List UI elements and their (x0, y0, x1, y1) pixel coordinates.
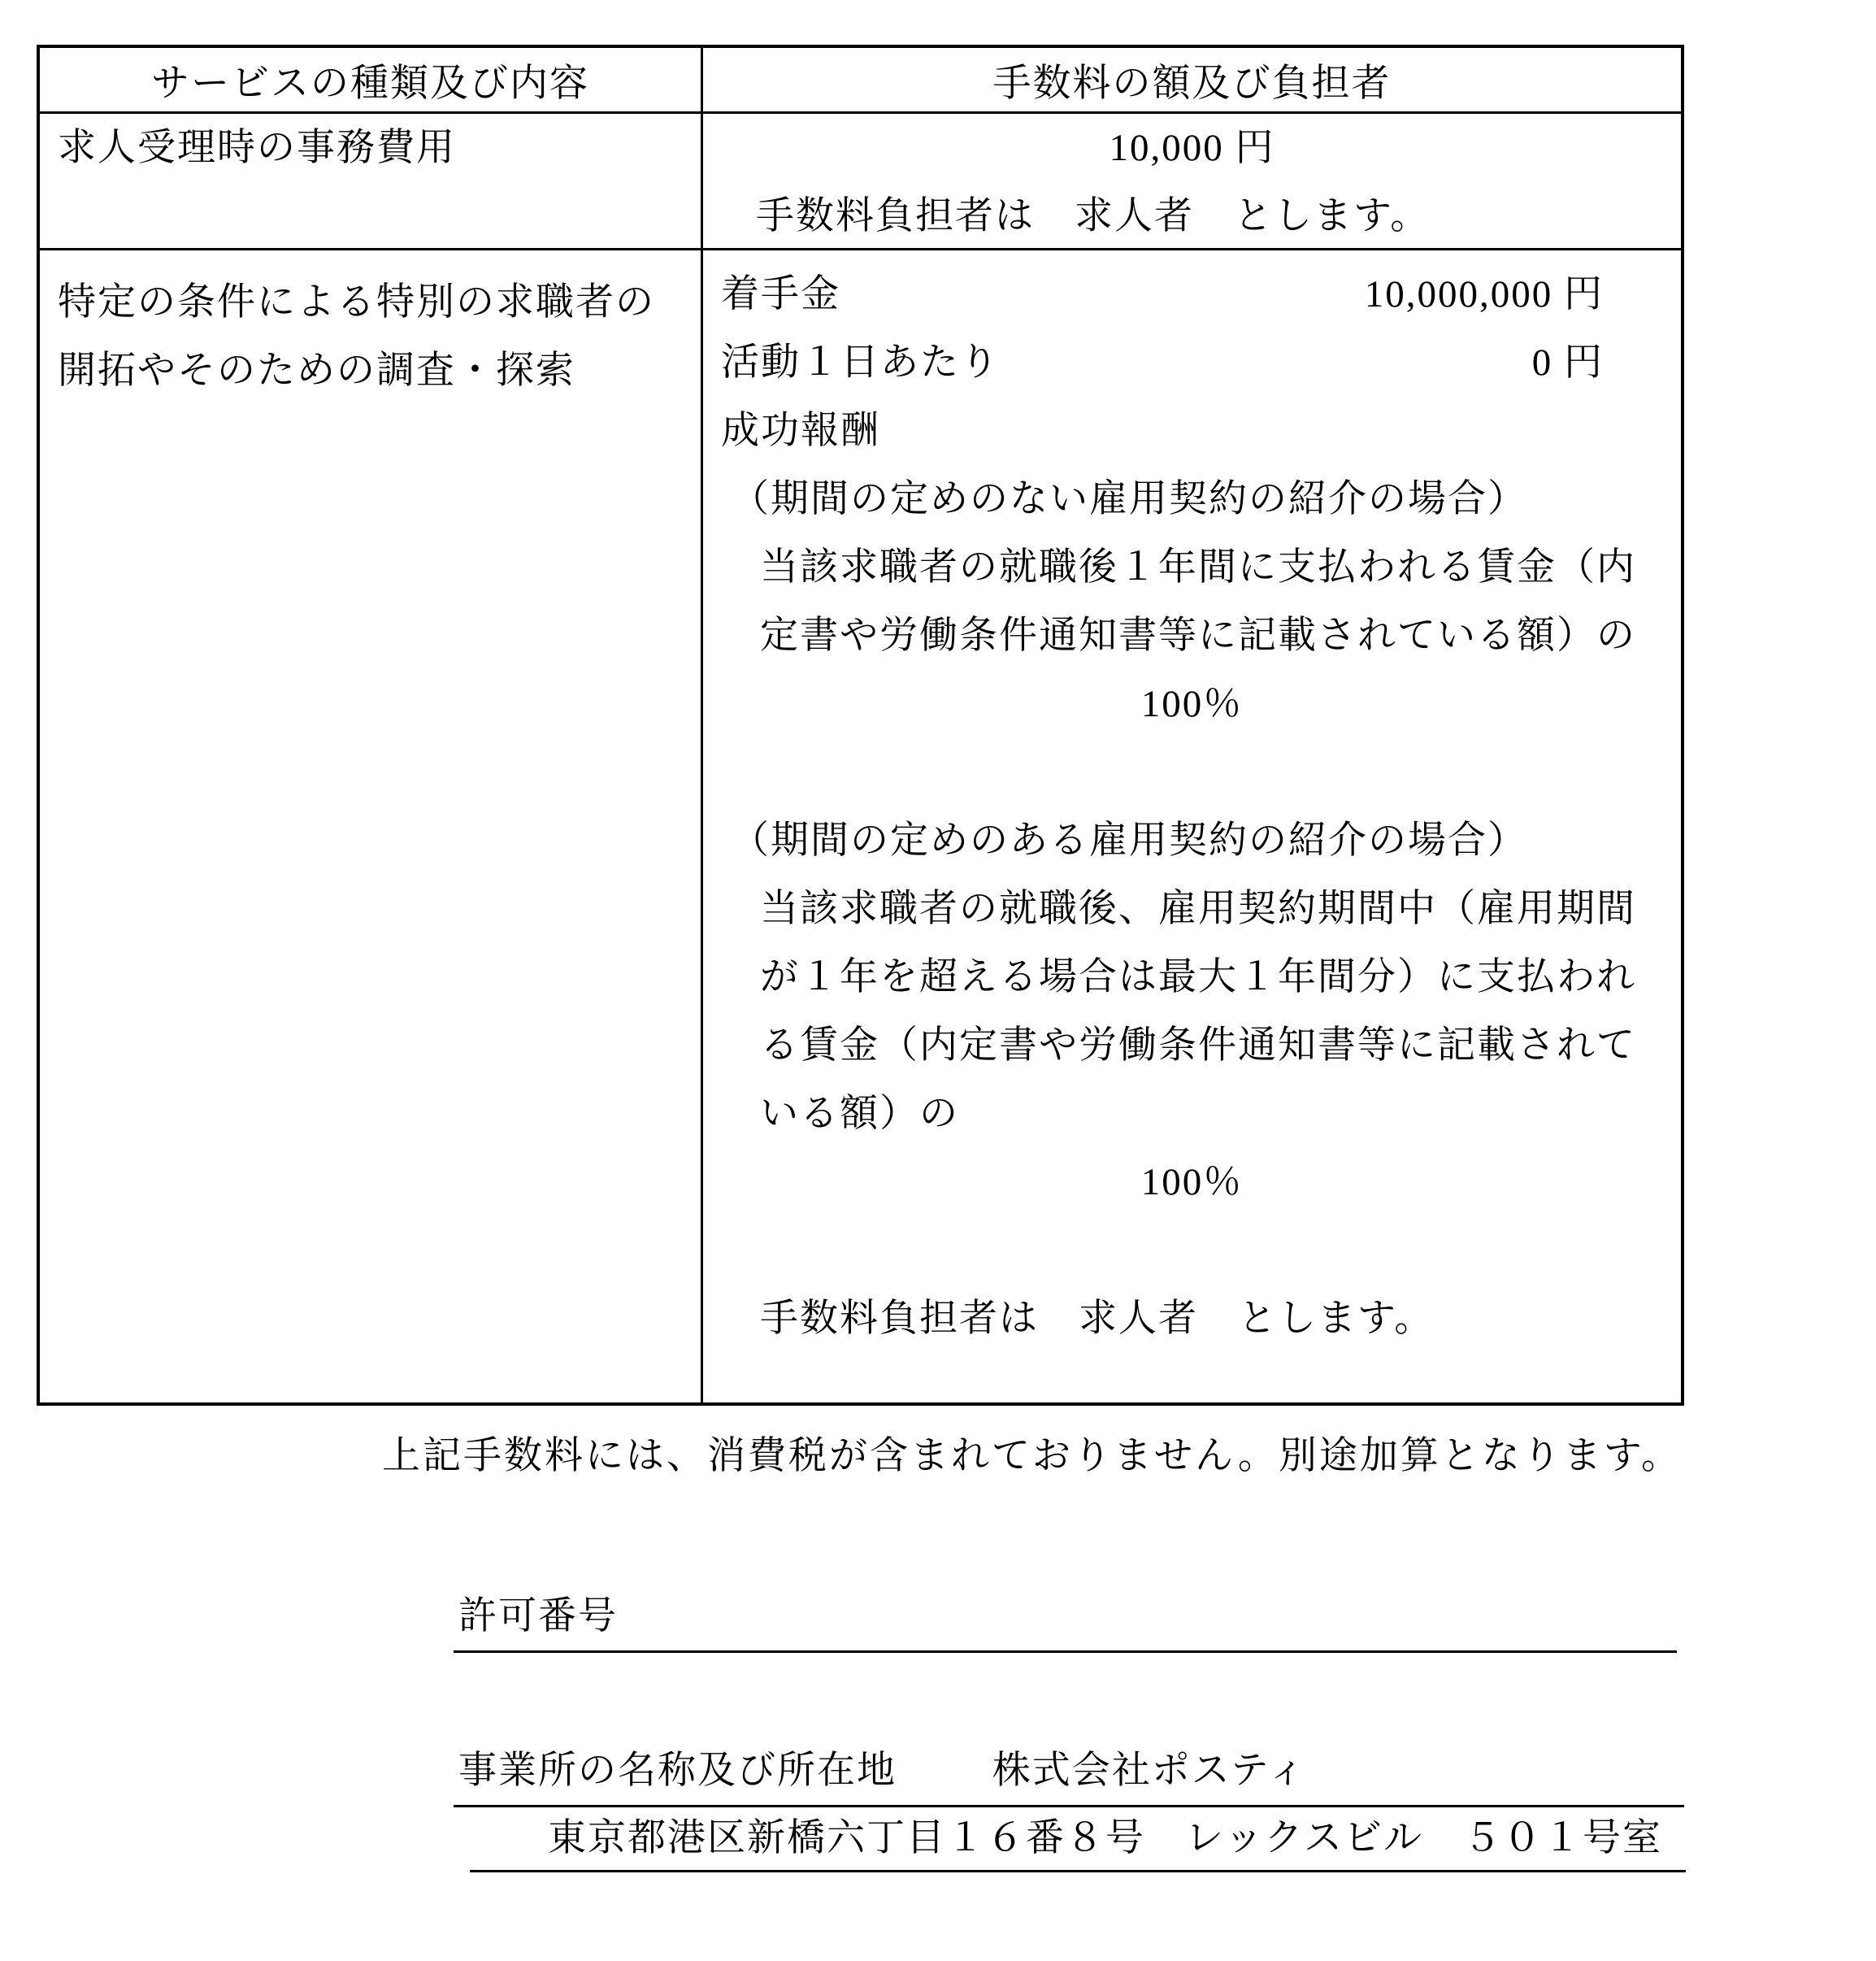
fee-line-blank (703, 738, 1681, 807)
fee-amount: 0 円 (1532, 328, 1604, 397)
fee-label: 着手金 (721, 260, 840, 328)
service-name-line: 特定の条件による特別の求職者の (58, 268, 701, 337)
tax-note: 上記手数料には、消費税が含まれておりません。別途加算となります。 (382, 1433, 1682, 1479)
table-row-special-search: 特定の条件による特別の求職者の 開拓やそのための調査・探索 着手金 10,000… (40, 250, 1681, 1402)
fee-line-blank (703, 1216, 1681, 1285)
header-fee-amount-payer: 手数料の額及び負担者 (703, 48, 1681, 111)
company-name: 株式会社ポスティ (992, 1750, 1307, 1792)
fee-cell-special-search: 着手金 10,000,000 円 活動１日あたり 0 円 成功報酬 （期間の定め… (703, 250, 1681, 1402)
service-name-office-expense: 求人受理時の事務費用 (40, 114, 703, 248)
service-name-special-search: 特定の条件による特別の求職者の 開拓やそのための調査・探索 (40, 250, 703, 1402)
service-name-line: 開拓やそのための調査・探索 (58, 337, 701, 405)
fee-line-text: る賃金（内定書や労働条件通知書等に記載されて (703, 1011, 1681, 1080)
fee-line-case-fixed-term: （期間の定めのある雇用契約の紹介の場合） (703, 807, 1681, 875)
fee-line-text: が１年を超える場合は最大１年間分）に支払われ (703, 943, 1681, 1011)
fee-schedule-document: { "document": { "table": { "header": { "… (0, 0, 1876, 1961)
fee-amount: 10,000,000 円 (1365, 260, 1604, 328)
header-service-type: サービスの種類及び内容 (40, 48, 703, 111)
fee-line-text: 定書や労働条件通知書等に記載されている額）の (703, 602, 1681, 670)
fee-line-success-fee-heading: 成功報酬 (703, 397, 1681, 465)
office-name-label: 事業所の名称及び所在地 (454, 1750, 897, 1792)
fee-line-text: 当該求職者の就職後、雇用契約期間中（雇用期間 (703, 875, 1681, 943)
permit-number-field: 許可番号 (454, 1582, 1677, 1653)
fee-label: 活動１日あたり (721, 328, 1000, 397)
fee-amount: 10,000 円 (703, 114, 1681, 182)
fee-line-daily: 活動１日あたり 0 円 (703, 328, 1681, 397)
fee-table: サービスの種類及び内容 手数料の額及び負担者 求人受理時の事務費用 10,000… (37, 45, 1684, 1406)
fee-line-percentage: 100％ (703, 670, 1681, 738)
office-address: 東京都港区新橋六丁目１６番８号 レックスビル ５０１号室 (470, 1804, 1686, 1872)
fee-cell-office-expense: 10,000 円 手数料負担者は 求人者 とします。 (703, 114, 1681, 248)
fee-line-case-indefinite: （期間の定めのない雇用契約の紹介の場合） (703, 465, 1681, 533)
fee-line-text: いる額）の (703, 1080, 1681, 1148)
fee-payer-statement: 手数料負担者は 求人者 とします。 (703, 182, 1681, 248)
fee-line-text: 当該求職者の就職後１年間に支払われる賃金（内 (703, 533, 1681, 602)
office-name-field: 事業所の名称及び所在地 株式会社ポスティ (454, 1737, 1684, 1807)
table-row-office-expense: 求人受理時の事務費用 10,000 円 手数料負担者は 求人者 とします。 (40, 114, 1681, 250)
permit-number-label: 許可番号 (454, 1595, 618, 1637)
table-header-row: サービスの種類及び内容 手数料の額及び負担者 (40, 48, 1681, 114)
fee-payer-statement: 手数料負担者は 求人者 とします。 (703, 1285, 1681, 1353)
fee-line-retainer: 着手金 10,000,000 円 (703, 260, 1681, 328)
fee-line-percentage: 100％ (703, 1148, 1681, 1216)
